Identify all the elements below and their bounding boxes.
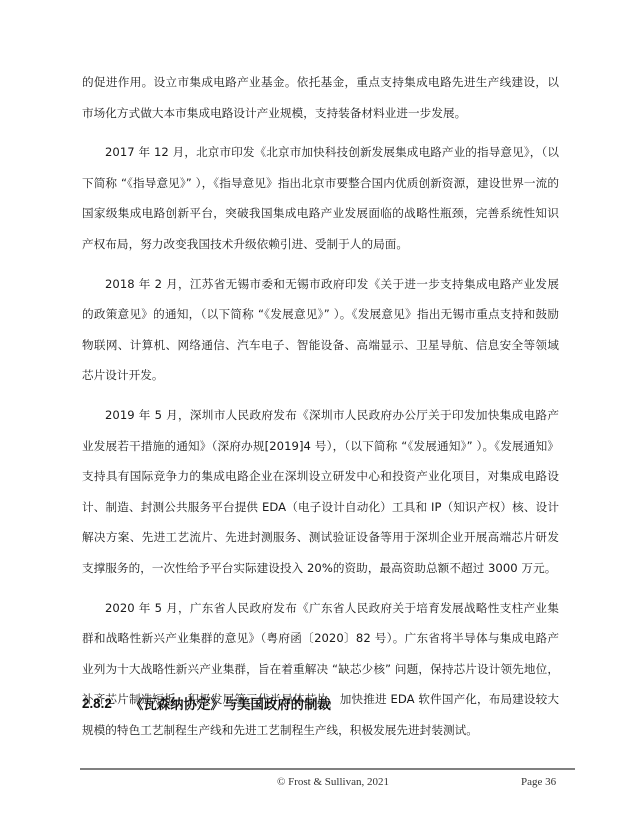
section-title: 《瓦森纳协定》与美国政府的制裁 bbox=[130, 694, 331, 713]
paragraph-shenzhen-2019: 2019 年 5 月，深圳市人民政府发布《深圳市人民政府办公厅关于印发加快集成电… bbox=[82, 400, 559, 584]
paragraph-guangdong-2020: 2020 年 5 月，广东省人民政府发布《广东省人民政府关于培育发展战略性支柱产… bbox=[82, 593, 559, 746]
footer-divider bbox=[80, 768, 575, 770]
paragraph-beijing-2017: 2017 年 12 月，北京市印发《北京市加快科技创新发展集成电路产业的指导意见… bbox=[82, 137, 559, 259]
paragraph-wuxi-2018: 2018 年 2 月，江苏省无锡市委和无锡市政府印发《关于进一步支持集成电路产业… bbox=[82, 269, 559, 391]
footer-copyright: © Frost & Sullivan, 2021 bbox=[277, 776, 389, 788]
paragraph-fund-continuation: 的促进作用。设立市集成电路产业基金。依托基金，重点支持集成电路先进生产线建设，以… bbox=[82, 67, 559, 128]
section-number: 2.8.2 bbox=[82, 696, 130, 711]
document-body: 的促进作用。设立市集成电路产业基金。依托基金，重点支持集成电路先进生产线建设，以… bbox=[82, 67, 559, 754]
page-number: Page 36 bbox=[521, 776, 556, 788]
section-heading: 2.8.2 《瓦森纳协定》与美国政府的制裁 bbox=[82, 694, 331, 713]
